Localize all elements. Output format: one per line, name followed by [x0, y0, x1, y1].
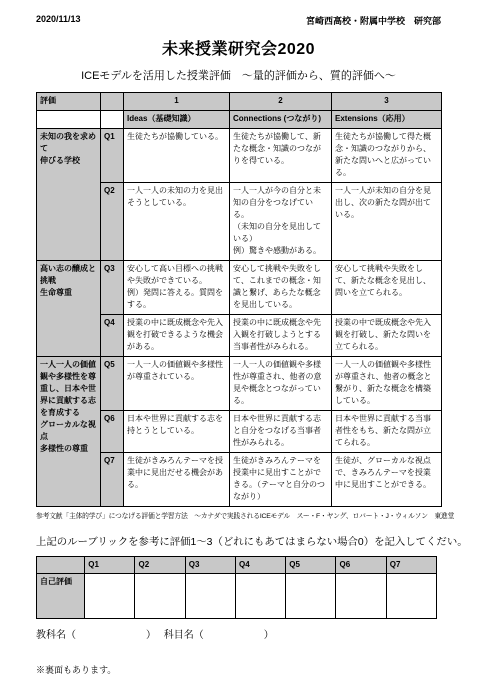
document-header: 2020/11/13 宮崎西高校・附属中学校 研究部: [36, 14, 441, 27]
page-subtitle: ICEモデルを活用した授業評価 ～量的評価から、質的評価へ～: [36, 67, 441, 83]
rubric-header-connections: Connections (つながり): [230, 111, 332, 129]
reference-citation: 参考文献「主体的学び」につなげる評価と学習方法 ～カナダで実践されるICEモデル…: [36, 510, 441, 520]
rubric-level-1: 1: [124, 93, 230, 111]
document-page: 2020/11/13 宮崎西高校・附属中学校 研究部 未来授業研究会2020 I…: [0, 0, 477, 676]
self-eval-col-q2: Q2: [135, 557, 185, 574]
rubric-cell-q4-ideas: 授業の中に既成概念や先入観を打破できるような機会がある。: [124, 315, 230, 357]
rubric-cell-q1-ideas: 生徒たちが協働している。: [124, 129, 230, 183]
question-number: Q7: [101, 453, 124, 507]
rubric-row-q5: 一人一人の価値観や多様性を尊重し、日本や世界に貢献する志を育成する グローカルな…: [37, 357, 442, 411]
question-number: Q2: [101, 183, 124, 261]
self-eval-blank-q7: [386, 574, 436, 619]
rubric-cell-q6-extensions: 日本や世界に貢献する当事者性をもち、新たな問が立てられる。: [332, 411, 442, 453]
category-label: 未知の我を求めて 伸びる学校: [37, 129, 101, 261]
self-eval-row-label: 自己評価: [37, 574, 85, 619]
rubric-level-2: 2: [230, 93, 332, 111]
question-number: Q6: [101, 411, 124, 453]
rubric-table: 評価 1 2 3 Ideas（基礎知識） Connections (つながり) …: [36, 92, 442, 507]
page-title: 未来授業研究会2020: [36, 36, 441, 59]
rubric-row-q1: 未知の我を求めて 伸びる学校 Q1 生徒たちが協働している。 生徒たちが協働して…: [37, 129, 442, 183]
rubric-blank-cell: [37, 111, 101, 129]
rubric-cell-q2-ideas: 一人一人の未知の力を見出そうとしている。: [124, 183, 230, 261]
rubric-cell-q7-connections: 生徒がきみろんテーマを授業中に見出すことができる。（テーマと自分のつながり）: [230, 453, 332, 507]
rubric-model-header-row: Ideas（基礎知識） Connections (つながり) Extension…: [37, 111, 442, 129]
question-number: Q4: [101, 315, 124, 357]
backside-note: ※裏面もあります。: [36, 663, 441, 676]
self-eval-table: Q1 Q2 Q3 Q4 Q5 Q6 Q7 自己評価: [36, 556, 437, 619]
rubric-cell-q7-ideas: 生徒がきみろんテーマを授業中に見出だせる機会がある。: [124, 453, 230, 507]
rubric-corner-label: 評価: [37, 93, 101, 111]
rubric-header-ideas: Ideas（基礎知識）: [124, 111, 230, 129]
rubric-cell-q6-ideas: 日本や世界に貢献する志を持とうとしている。: [124, 411, 230, 453]
rubric-cell-q5-ideas: 一人一人の価値観や多様性が尊重されている。: [124, 357, 230, 411]
self-eval-corner-cell: [37, 557, 85, 574]
rubric-cell-q1-connections: 生徒たちが協働して、新たな概念・知識のつながりを得ている。: [230, 129, 332, 183]
question-number: Q3: [101, 261, 124, 315]
rubric-cell-q2-connections: 一人一人が今の自分と未知の自分をつなげている。 （未知の自分を見出している） 例…: [230, 183, 332, 261]
category-label: 高い志の醸成と挑戦 生命尊重: [37, 261, 101, 357]
rubric-cell-q1-extensions: 生徒たちが協働して得た概念・知識のつながりから、新たな問いへと広がっている。: [332, 129, 442, 183]
self-eval-col-q6: Q6: [336, 557, 386, 574]
self-eval-row: 自己評価: [37, 574, 437, 619]
rubric-row-q3: 高い志の醸成と挑戦 生命尊重 Q3 安心して高い目標への挑戦や失敗ができている。…: [37, 261, 442, 315]
rubric-cell-q7-extensions: 生徒が、グローカルな視点で、きみろんテーマを授業中に見出すことができる。: [332, 453, 442, 507]
rubric-cell-q3-ideas: 安心して高い目標への挑戦や失敗ができている。 例）発問に答える。質問をする。: [124, 261, 230, 315]
self-eval-blank-q3: [185, 574, 235, 619]
rubric-cell-q3-extensions: 安心して挑戦や失敗をして、新たな概念を見出し、問いを立てられる。: [332, 261, 442, 315]
rubric-cell-q4-connections: 授業の中に既成概念や先入観を打破しようとする当事者性がみられる。: [230, 315, 332, 357]
rubric-blank-cell: [101, 111, 124, 129]
self-eval-instruction: 上記のルーブリックを参考に評価1～3（どれにもあてはまらない場合0）を記入してく…: [36, 533, 441, 548]
self-eval-header-row: Q1 Q2 Q3 Q4 Q5 Q6 Q7: [37, 557, 437, 574]
self-eval-blank-q1: [85, 574, 135, 619]
rubric-level-header-row: 評価 1 2 3: [37, 93, 442, 111]
category-label: 一人一人の価値観や多様性を尊重し、日本や世界に貢献する志を育成する グローカルな…: [37, 357, 101, 507]
question-number: Q1: [101, 129, 124, 183]
rubric-header-extensions: Extensions（応用）: [332, 111, 442, 129]
rubric-cell-q5-extensions: 一人一人の価値観や多様性が尊重され、他者の概念と繋がり、新たな概念を構築している…: [332, 357, 442, 411]
rubric-cell-q2-extensions: 一人一人が未知の自分を見出し、次の新たな問が出ている。: [332, 183, 442, 261]
rubric-cell-q6-connections: 日本や世界に貢献する志と自分をつなげる当事者性がみられる。: [230, 411, 332, 453]
rubric-cell-q4-extensions: 授業の中で既成概念や先入観を打破し、新たな問いを立てられる。: [332, 315, 442, 357]
subject-course-line: 教科名（ ） 科目名（ ）: [36, 626, 441, 641]
self-eval-col-q1: Q1: [85, 557, 135, 574]
self-eval-col-q5: Q5: [286, 557, 336, 574]
self-eval-col-q3: Q3: [185, 557, 235, 574]
self-eval-col-q4: Q4: [235, 557, 285, 574]
rubric-level-3: 3: [332, 93, 442, 111]
self-eval-col-q7: Q7: [386, 557, 436, 574]
self-eval-blank-q2: [135, 574, 185, 619]
self-eval-blank-q5: [286, 574, 336, 619]
rubric-empty-header: [101, 93, 124, 111]
date-label: 2020/11/13: [36, 14, 81, 27]
self-eval-blank-q4: [235, 574, 285, 619]
self-eval-blank-q6: [336, 574, 386, 619]
rubric-cell-q3-connections: 安心して挑戦や失敗をして、これまでの概念・知識と繋げ、あらたな概念を見出している…: [230, 261, 332, 315]
rubric-cell-q5-connections: 一人一人の価値観や多様性が尊重され、他者の意見や概念とつながっている。: [230, 357, 332, 411]
organization-label: 宮崎西高校・附属中学校 研究部: [306, 14, 441, 27]
question-number: Q5: [101, 357, 124, 411]
